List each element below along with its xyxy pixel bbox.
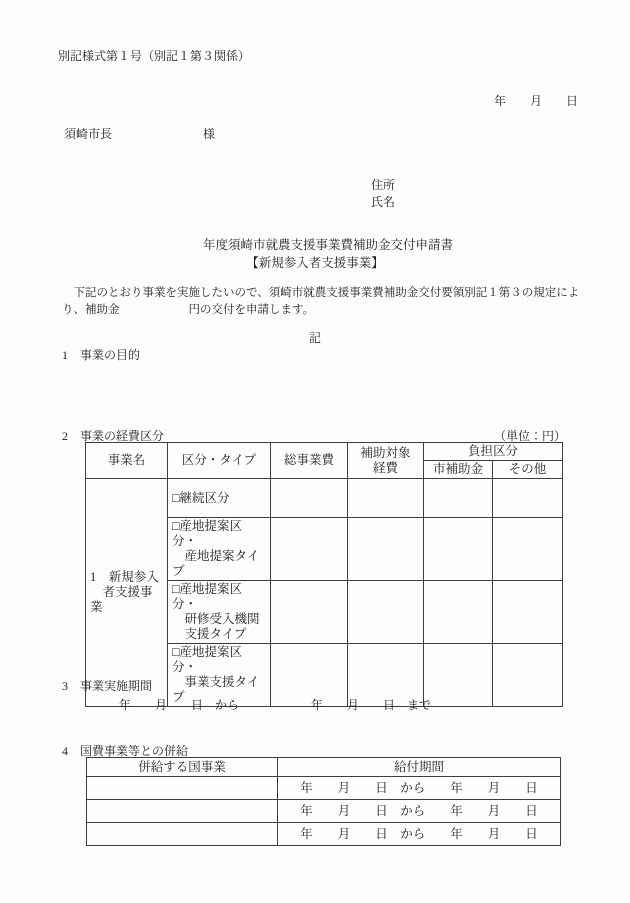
expense-breakdown-table: 事業名 区分・タイプ 総事業費 補助対象 経費 負担区分 市補助金 その他 1 … <box>85 442 563 707</box>
expense-header-total-cost: 総事業費 <box>271 443 348 479</box>
expense-header-other: その他 <box>493 461 563 479</box>
project-name-cell: 1 新規参入 者支援事業 <box>86 479 168 707</box>
body-paragraph-line-1: 下記のとおり事業を実施したいので、須崎市就農支援事業費補助金交付要領別記１第３の… <box>62 285 579 302</box>
addressee-honorific: 様 <box>203 126 215 142</box>
total-cost-blank <box>271 518 348 581</box>
eligible-expense-blank <box>348 581 424 644</box>
national-project-blank <box>87 777 278 800</box>
expense-header-burden-group: 負担区分 <box>424 443 563 461</box>
addressee-name: 須崎市長 <box>64 126 112 142</box>
total-cost-blank <box>271 479 348 518</box>
payment-period-blank: 年 月 日 から 年 月 日 <box>278 823 561 846</box>
city-subsidy-blank <box>424 644 493 707</box>
eligible-expense-blank <box>348 518 424 581</box>
city-subsidy-blank <box>424 581 493 644</box>
body-paragraph-line-2: り、補助金 円の交付を申請します。 <box>62 302 314 319</box>
category-checkbox-cell: □産地提案区分・ 研修受入機関 支援タイプ <box>168 581 271 644</box>
expense-header-city-subsidy: 市補助金 <box>424 461 493 479</box>
city-subsidy-blank <box>424 479 493 518</box>
national-project-blank <box>87 800 278 823</box>
implementation-period-line: 年 月 日 から 年 月 日 まで <box>119 697 431 713</box>
expense-header-category: 区分・タイプ <box>168 443 271 479</box>
total-cost-blank <box>271 581 348 644</box>
other-burden-blank <box>493 644 563 707</box>
other-burden-blank <box>493 581 563 644</box>
other-burden-blank <box>493 518 563 581</box>
record-mark: 記 <box>0 330 630 346</box>
concurrent-national-subsidy-table: 併給する国事業 給付期間 年 月 日 から 年 月 日 年 月 日 から 年 月… <box>86 757 561 846</box>
expense-header-project: 事業名 <box>86 443 168 479</box>
other-burden-blank <box>493 479 563 518</box>
form-number: 別記様式第１号（別記１第３関係） <box>58 48 250 64</box>
category-checkbox-cell: □産地提案区分・ 産地提案タイプ <box>168 518 271 581</box>
payment-period-header: 給付期間 <box>278 758 561 777</box>
eligible-expense-blank <box>348 479 424 518</box>
section-1-heading: 1 事業の目的 <box>62 347 140 363</box>
submission-date-blank: 年 月 日 <box>494 93 578 109</box>
name-label: 氏名 <box>371 194 395 210</box>
address-label: 住所 <box>371 177 395 193</box>
section-3-heading: 3 事業実施期間 <box>62 678 152 694</box>
payment-period-blank: 年 月 日 から 年 月 日 <box>278 777 561 800</box>
subsidy-application-form-page: 別記様式第１号（別記１第３関係） 年 月 日 須崎市長 様 住所 氏名 年度須崎… <box>0 0 630 903</box>
national-project-blank <box>87 823 278 846</box>
payment-period-blank: 年 月 日 から 年 月 日 <box>278 800 561 823</box>
document-title: 年度須崎市就農支援事業費補助金交付申請書 <box>0 237 630 253</box>
expense-header-eligible-expense: 補助対象 経費 <box>348 443 424 479</box>
city-subsidy-blank <box>424 518 493 581</box>
category-checkbox-cell: □継続区分 <box>168 479 271 518</box>
document-subtitle: 【新規参入者支援事業】 <box>0 255 630 271</box>
national-project-header: 併給する国事業 <box>87 758 278 777</box>
